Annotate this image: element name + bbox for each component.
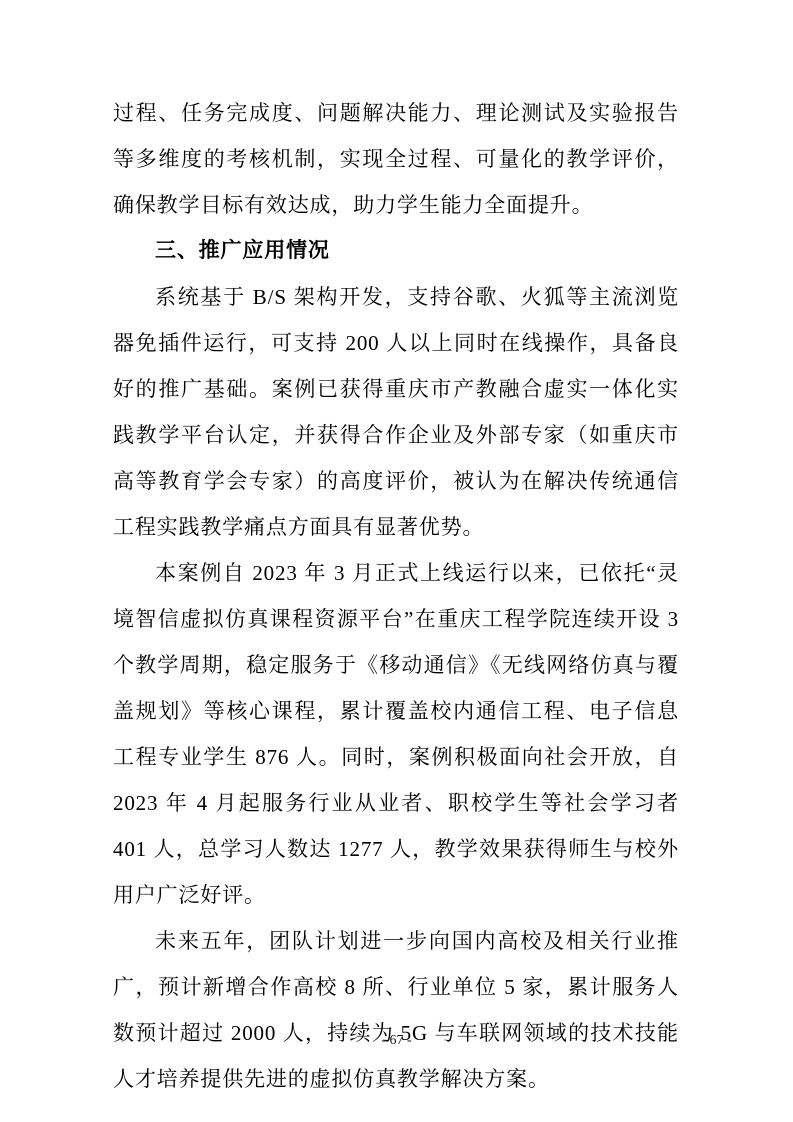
page-footer: - 67 - (0, 1030, 793, 1052)
paragraph-body: 未来五年，团队计划进一步向国内高校及相关行业推广，预计新增合作高校 8 所、行业… (113, 918, 679, 1102)
document-content: 过程、任务完成度、问题解决能力、理论测试及实验报告等多维度的考核机制，实现全过程… (113, 90, 679, 1102)
page-number: - 67 - (381, 1033, 411, 1048)
paragraph-body: 系统基于 B/S 架构开发，支持谷歌、火狐等主流浏览器免插件运行，可支持 200… (113, 274, 679, 550)
paragraph-continuation: 过程、任务完成度、问题解决能力、理论测试及实验报告等多维度的考核机制，实现全过程… (113, 90, 679, 228)
section-heading: 三、推广应用情况 (113, 228, 679, 274)
paragraph-body: 本案例自 2023 年 3 月正式上线运行以来，已依托“灵境智信虚拟仿真课程资源… (113, 550, 679, 918)
document-page: 过程、任务完成度、问题解决能力、理论测试及实验报告等多维度的考核机制，实现全过程… (0, 0, 793, 1122)
